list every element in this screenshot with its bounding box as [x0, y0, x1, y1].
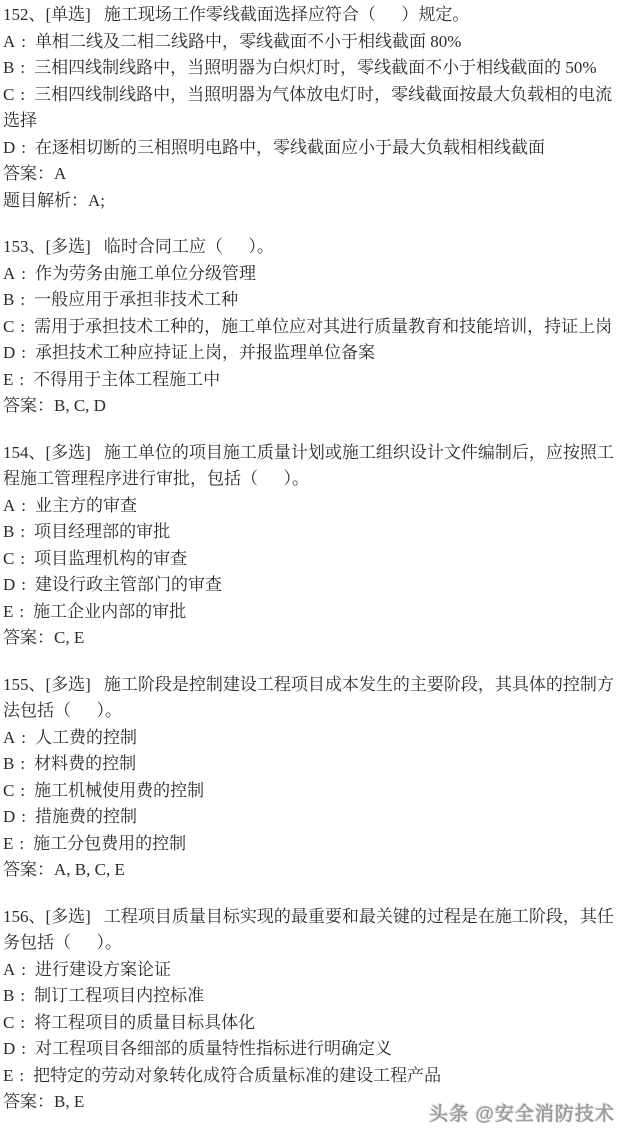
option-line: D:建设行政主管部门的审查 — [3, 572, 616, 599]
analysis-label: 题目解析： — [3, 191, 88, 210]
option-key: D — [3, 807, 15, 826]
answer-line: 答案：B, C, D — [3, 393, 616, 420]
option-key: D — [3, 575, 15, 594]
option-line: E:把特定的劳动对象转化成符合质量标准的建设工程产品 — [3, 1063, 616, 1090]
option-key: A — [3, 496, 15, 515]
option-text: 施工机械使用费的控制 — [34, 781, 204, 800]
question-number-label: 154、[多选] — [3, 443, 91, 462]
option-separator: : — [21, 264, 26, 283]
option-text: 措施费的控制 — [35, 807, 137, 826]
answer-value: A — [54, 164, 66, 183]
option-text: 三相四线制线路中，当照明器为气体放电灯时，零线截面按最大负载相的电流选择 — [3, 85, 612, 131]
option-text: 作为劳务由施工单位分级管理 — [35, 264, 256, 283]
option-line: B:三相四线制线路中，当照明器为白炽灯时，零线截面不小于相线截面的 50% — [3, 55, 616, 82]
option-text: 一般应用于承担非技术工种 — [34, 290, 238, 309]
option-line: D:对工程项目各细部的质量特性指标进行明确定义 — [3, 1036, 616, 1063]
option-separator: : — [21, 343, 26, 362]
option-key: B — [3, 986, 14, 1005]
question-stem: 154、[多选]施工单位的项目施工质量计划或施工组织设计文件编制后，应按照工程施… — [3, 440, 616, 493]
option-key: B — [3, 754, 14, 773]
option-text: 进行建设方案论证 — [35, 960, 171, 979]
analysis-line: 题目解析：A; — [3, 188, 616, 215]
answer-line: 答案：A, B, C, E — [3, 857, 616, 884]
option-text: 把特定的劳动对象转化成符合质量标准的建设工程产品 — [33, 1066, 441, 1085]
option-text: 项目经理部的审批 — [34, 522, 170, 541]
option-line: A:业主方的审查 — [3, 493, 616, 520]
option-line: A:进行建设方案论证 — [3, 957, 616, 984]
option-key: B — [3, 522, 14, 541]
question-number-label: 152、[单选] — [3, 5, 91, 24]
question-stem: 156、[多选]工程项目质量目标实现的最重要和最关键的过程是在施工阶段，其任务包… — [3, 904, 616, 957]
option-line: B:材料费的控制 — [3, 751, 616, 778]
option-separator: : — [21, 138, 26, 157]
option-separator: : — [21, 728, 26, 747]
option-line: C:三相四线制线路中，当照明器为气体放电灯时，零线截面按最大负载相的电流选择 — [3, 82, 616, 135]
option-list: A:作为劳务由施工单位分级管理B:一般应用于承担非技术工种C:需用于承担技术工种… — [3, 261, 616, 394]
option-key: C — [3, 781, 14, 800]
option-line: B:制订工程项目内控标准 — [3, 983, 616, 1010]
answer-label: 答案： — [3, 1092, 54, 1111]
question-text: 工程项目质量目标实现的最重要和最关键的过程是在施工阶段，其任务包括（ ）。 — [3, 907, 614, 953]
option-line: A:人工费的控制 — [3, 725, 616, 752]
option-line: E:施工分包费用的控制 — [3, 831, 616, 858]
option-line: D:措施费的控制 — [3, 804, 616, 831]
question-block: 156、[多选]工程项目质量目标实现的最重要和最关键的过程是在施工阶段，其任务包… — [3, 904, 616, 1116]
option-separator: : — [21, 32, 26, 51]
question-block: 155、[多选]施工阶段是控制建设工程项目成本发生的主要阶段，其具体的控制方法包… — [3, 672, 616, 884]
option-key: D — [3, 343, 15, 362]
option-text: 建设行政主管部门的审查 — [35, 575, 222, 594]
option-text: 项目监理机构的审查 — [34, 549, 187, 568]
question-text: 施工单位的项目施工质量计划或施工组织设计文件编制后，应按照工程施工管理程序进行审… — [3, 443, 614, 489]
option-list: A:人工费的控制B:材料费的控制C:施工机械使用费的控制D:措施费的控制E:施工… — [3, 725, 616, 858]
option-separator: : — [20, 549, 25, 568]
option-line: D:在逐相切断的三相照明电路中，零线截面应小于最大负载相相线截面 — [3, 135, 616, 162]
option-text: 需用于承担技术工种的，施工单位应对其进行质量教育和技能培训，持证上岗 — [34, 317, 612, 336]
answer-label: 答案： — [3, 860, 54, 879]
question-list: 152、[单选]施工现场工作零线截面选择应符合（ ）规定。 A:单相二线及二相二… — [3, 2, 616, 1116]
option-text: 施工分包费用的控制 — [33, 834, 186, 853]
option-text: 三相四线制线路中，当照明器为白炽灯时，零线截面不小于相线截面的 50% — [34, 58, 596, 77]
question-number-label: 156、[多选] — [3, 907, 91, 926]
option-line: B:一般应用于承担非技术工种 — [3, 287, 616, 314]
option-separator: : — [21, 1039, 26, 1058]
question-text: 施工现场工作零线截面选择应符合（ ）规定。 — [104, 5, 470, 24]
option-key: E — [3, 834, 13, 853]
question-stem: 153、[多选]临时合同工应（ ）。 — [3, 234, 616, 261]
option-key: C — [3, 85, 14, 104]
option-key: C — [3, 549, 14, 568]
option-line: C:需用于承担技术工种的，施工单位应对其进行质量教育和技能培训，持证上岗 — [3, 314, 616, 341]
question-stem: 155、[多选]施工阶段是控制建设工程项目成本发生的主要阶段，其具体的控制方法包… — [3, 672, 616, 725]
option-separator: : — [20, 986, 25, 1005]
option-line: E:不得用于主体工程施工中 — [3, 367, 616, 394]
question-text: 施工阶段是控制建设工程项目成本发生的主要阶段，其具体的控制方法包括（ ）。 — [3, 675, 614, 721]
answer-label: 答案： — [3, 164, 54, 183]
option-separator: : — [21, 496, 26, 515]
option-line: C:施工机械使用费的控制 — [3, 778, 616, 805]
option-separator: : — [20, 754, 25, 773]
option-separator: : — [20, 1013, 25, 1032]
option-separator: : — [20, 781, 25, 800]
answer-value: C, E — [54, 628, 84, 647]
option-key: E — [3, 370, 13, 389]
question-number-label: 153、[多选] — [3, 237, 91, 256]
option-separator: : — [19, 834, 24, 853]
question-block: 154、[多选]施工单位的项目施工质量计划或施工组织设计文件编制后，应按照工程施… — [3, 440, 616, 652]
option-separator: : — [21, 807, 26, 826]
option-text: 人工费的控制 — [35, 728, 137, 747]
question-block: 153、[多选]临时合同工应（ ）。 A:作为劳务由施工单位分级管理B:一般应用… — [3, 234, 616, 420]
option-separator: : — [21, 575, 26, 594]
option-key: E — [3, 1066, 13, 1085]
option-separator: : — [19, 602, 24, 621]
option-list: A:单相二线及二相二线路中，零线截面不小于相线截面 80%B:三相四线制线路中，… — [3, 29, 616, 162]
answer-value: B, C, D — [54, 396, 106, 415]
answer-line: 答案：A — [3, 161, 616, 188]
option-key: A — [3, 960, 15, 979]
question-stem: 152、[单选]施工现场工作零线截面选择应符合（ ）规定。 — [3, 2, 616, 29]
answer-value: B, E — [54, 1092, 84, 1111]
watermark: 头条 @安全消防技术 — [429, 1099, 615, 1126]
option-text: 在逐相切断的三相照明电路中，零线截面应小于最大负载相相线截面 — [35, 138, 545, 157]
option-key: B — [3, 290, 14, 309]
option-separator: : — [19, 1066, 24, 1085]
option-line: B:项目经理部的审批 — [3, 519, 616, 546]
option-text: 不得用于主体工程施工中 — [33, 370, 220, 389]
option-text: 对工程项目各细部的质量特性指标进行明确定义 — [35, 1039, 392, 1058]
option-key: D — [3, 1039, 15, 1058]
answer-value: A, B, C, E — [54, 860, 125, 879]
option-key: B — [3, 58, 14, 77]
option-separator: : — [21, 960, 26, 979]
watermark-text: 头条 @安全消防技术 — [429, 1104, 615, 1125]
answer-line: 答案：C, E — [3, 625, 616, 652]
option-key: A — [3, 728, 15, 747]
analysis-value: A; — [88, 191, 105, 210]
option-text: 材料费的控制 — [34, 754, 136, 773]
option-list: A:业主方的审查B:项目经理部的审批C:项目监理机构的审查D:建设行政主管部门的… — [3, 493, 616, 626]
option-key: A — [3, 32, 15, 51]
option-line: D:承担技术工种应持证上岗，并报监理单位备案 — [3, 340, 616, 367]
option-line: A:单相二线及二相二线路中，零线截面不小于相线截面 80% — [3, 29, 616, 56]
question-block: 152、[单选]施工现场工作零线截面选择应符合（ ）规定。 A:单相二线及二相二… — [3, 2, 616, 214]
option-separator: : — [19, 370, 24, 389]
option-key: D — [3, 138, 15, 157]
option-key: E — [3, 602, 13, 621]
exam-document: 152、[单选]施工现场工作零线截面选择应符合（ ）规定。 A:单相二线及二相二… — [0, 0, 618, 1116]
option-separator: : — [20, 85, 25, 104]
answer-label: 答案： — [3, 396, 54, 415]
option-line: A:作为劳务由施工单位分级管理 — [3, 261, 616, 288]
option-separator: : — [20, 58, 25, 77]
answer-label: 答案： — [3, 628, 54, 647]
option-line: C:将工程项目的质量目标具体化 — [3, 1010, 616, 1037]
option-text: 将工程项目的质量目标具体化 — [34, 1013, 255, 1032]
option-key: C — [3, 1013, 14, 1032]
question-text: 临时合同工应（ ）。 — [104, 237, 274, 256]
option-separator: : — [20, 290, 25, 309]
option-list: A:进行建设方案论证B:制订工程项目内控标准C:将工程项目的质量目标具体化D:对… — [3, 957, 616, 1090]
option-text: 单相二线及二相二线路中，零线截面不小于相线截面 80% — [35, 32, 461, 51]
option-key: C — [3, 317, 14, 336]
option-text: 业主方的审查 — [35, 496, 137, 515]
option-line: C:项目监理机构的审查 — [3, 546, 616, 573]
option-line: E:施工企业内部的审批 — [3, 599, 616, 626]
option-key: A — [3, 264, 15, 283]
question-number-label: 155、[多选] — [3, 675, 91, 694]
option-text: 制订工程项目内控标准 — [34, 986, 204, 1005]
option-text: 施工企业内部的审批 — [33, 602, 186, 621]
option-separator: : — [20, 317, 25, 336]
option-text: 承担技术工种应持证上岗，并报监理单位备案 — [35, 343, 375, 362]
option-separator: : — [20, 522, 25, 541]
